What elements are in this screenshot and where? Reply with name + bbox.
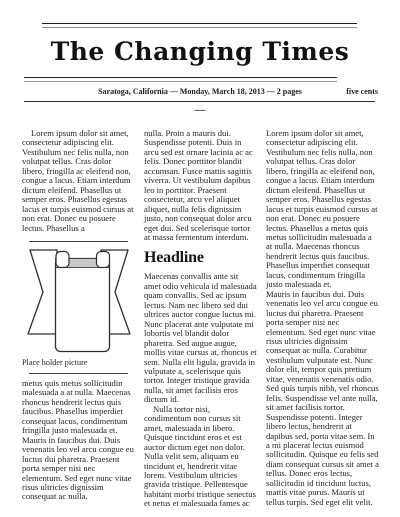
article-paragraph: Lorem ipsum dolor sit amet, consectetur …	[22, 129, 135, 233]
dateline-row: Saratoga, California — Monday, March 18,…	[0, 87, 400, 99]
placeholder-figure: Place holder picture	[22, 248, 135, 368]
article-paragraph: Lorem ipsum dolor sit amet, consectetur …	[266, 129, 379, 290]
article-headline: Headline	[144, 249, 257, 267]
column-middle: nulla. Proin a mauris dui. Suspendisse p…	[144, 129, 257, 509]
article-paragraph: Nulla tortor nisi, condimentum non cursu…	[144, 405, 257, 509]
column-right: Lorem ipsum dolor sit amet, consectetur …	[266, 129, 379, 509]
masthead-top-rule	[42, 23, 357, 28]
article-columns: Lorem ipsum dolor sit amet, consectetur …	[22, 129, 379, 509]
article-paragraph: nulla. Proin a mauris dui. Suspendisse p…	[144, 129, 257, 242]
column-divider-rule	[29, 373, 128, 374]
newspaper-page: The Changing Times Saratoga, California …	[0, 0, 400, 517]
dateline: Saratoga, California — Monday, March 18,…	[98, 87, 302, 96]
newspaper-title: The Changing Times	[0, 38, 400, 66]
scroll-banner-icon	[27, 248, 131, 354]
column-divider-rule	[29, 241, 128, 242]
masthead-bottom-rule	[24, 77, 337, 82]
dateline-rule	[24, 101, 375, 102]
article-paragraph: Maecenas convallis ante sit amet odio ve…	[144, 272, 257, 404]
article-paragraph: metus quis metus sollicitudin malesuada …	[22, 379, 135, 502]
price-label: five cents	[346, 87, 378, 96]
column-left: Lorem ipsum dolor sit amet, consectetur …	[22, 129, 135, 509]
section-divider-dash: —	[0, 104, 400, 116]
figure-caption: Place holder picture	[22, 358, 135, 368]
article-paragraph: Mauris in faucibus dui. Duis venenatis l…	[266, 290, 379, 507]
